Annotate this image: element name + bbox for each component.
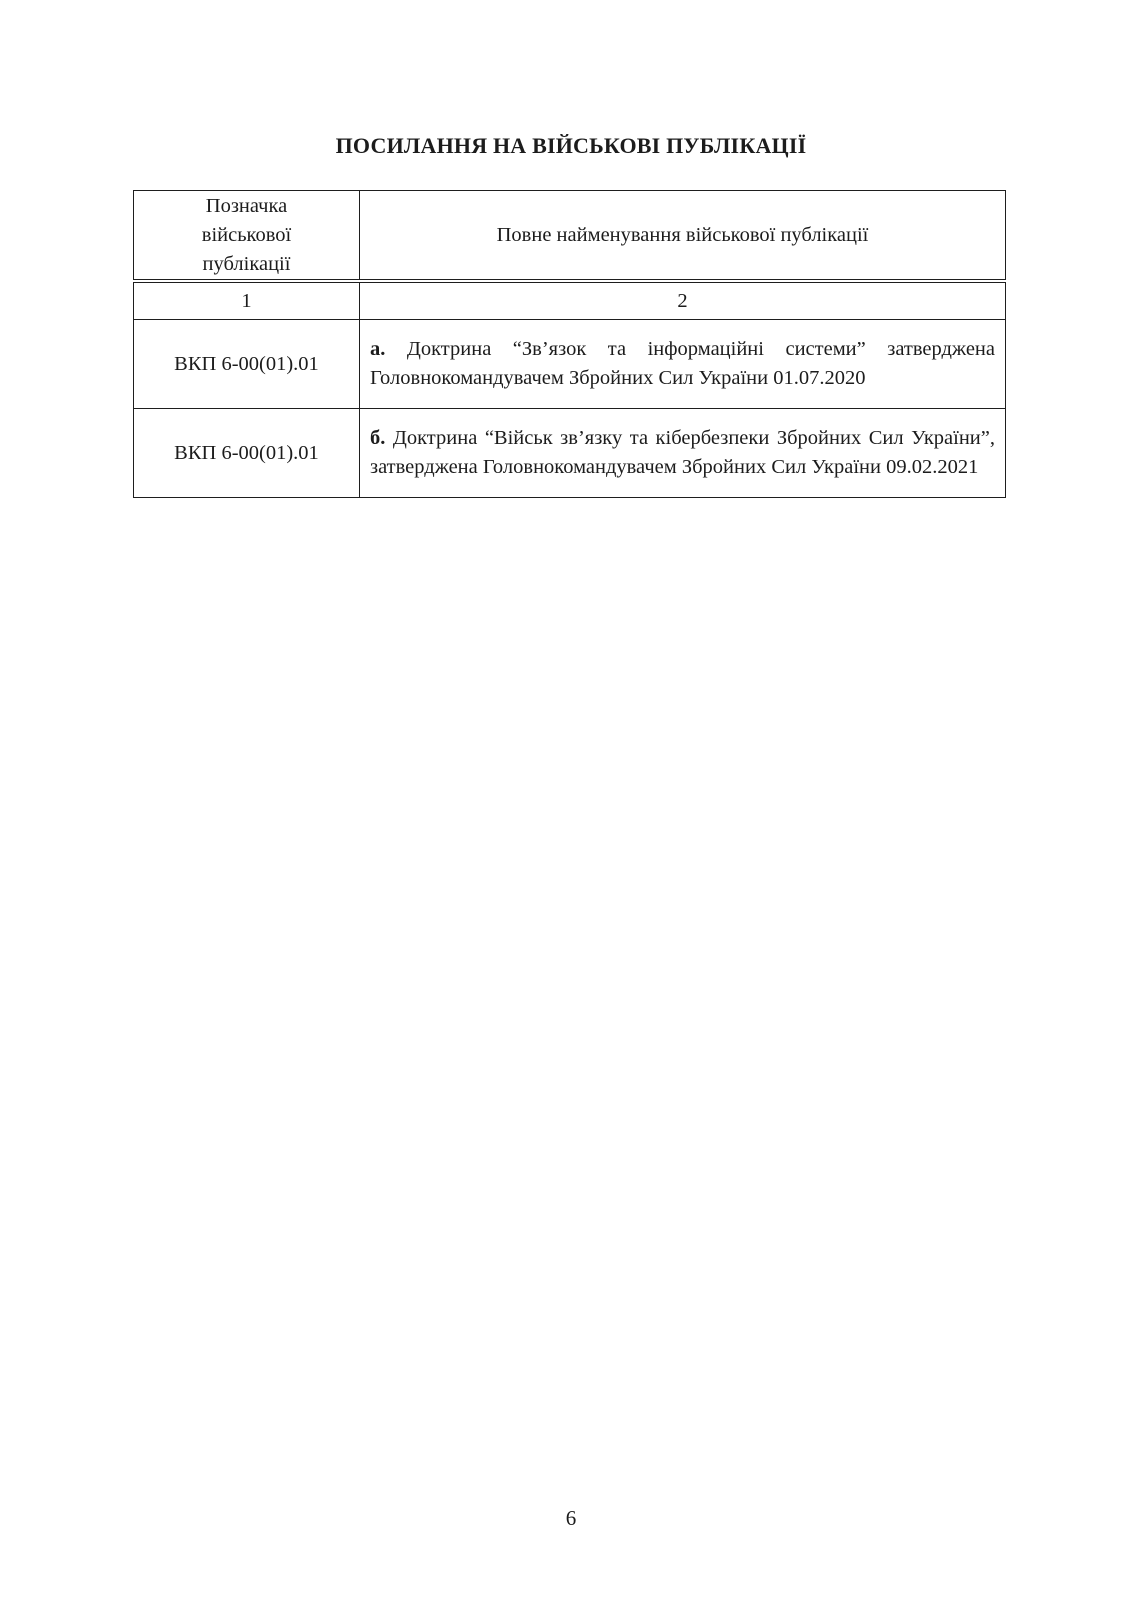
header-designation: Позначка військової публікації [134, 191, 360, 282]
item-marker: а. [370, 338, 385, 360]
item-marker: б. [370, 427, 385, 449]
header-designation-line: військової [144, 221, 349, 250]
header-designation-line: публікації [144, 250, 349, 279]
page-number: 6 [0, 1506, 1142, 1531]
column-number: 1 [134, 281, 360, 320]
column-number: 2 [360, 281, 1006, 320]
publication-full-name: а. Доктрина “Зв’язок та інформаційні сис… [360, 320, 1006, 409]
publication-text: Доктрина “Військ зв’язку та кібербезпеки… [370, 427, 995, 478]
page-title: ПОСИЛАННЯ НА ВІЙСЬКОВІ ПУБЛІКАЦІЇ [0, 133, 1142, 159]
publication-text: Доктрина “Зв’язок та інформаційні систем… [370, 338, 995, 389]
publication-designation: ВКП 6-00(01).01 [134, 409, 360, 498]
header-designation-line: Позначка [144, 192, 349, 221]
column-number-row: 1 2 [134, 281, 1006, 320]
table-row: ВКП 6-00(01).01 а. Доктрина “Зв’язок та … [134, 320, 1006, 409]
military-publications-table: Позначка військової публікації Повне най… [133, 190, 1006, 498]
table-row: ВКП 6-00(01).01 б. Доктрина “Військ зв’я… [134, 409, 1006, 498]
publication-designation: ВКП 6-00(01).01 [134, 320, 360, 409]
table-header-row: Позначка військової публікації Повне най… [134, 191, 1006, 282]
publication-full-name: б. Доктрина “Військ зв’язку та кібербезп… [360, 409, 1006, 498]
header-full-name: Повне найменування військової публікації [360, 191, 1006, 282]
